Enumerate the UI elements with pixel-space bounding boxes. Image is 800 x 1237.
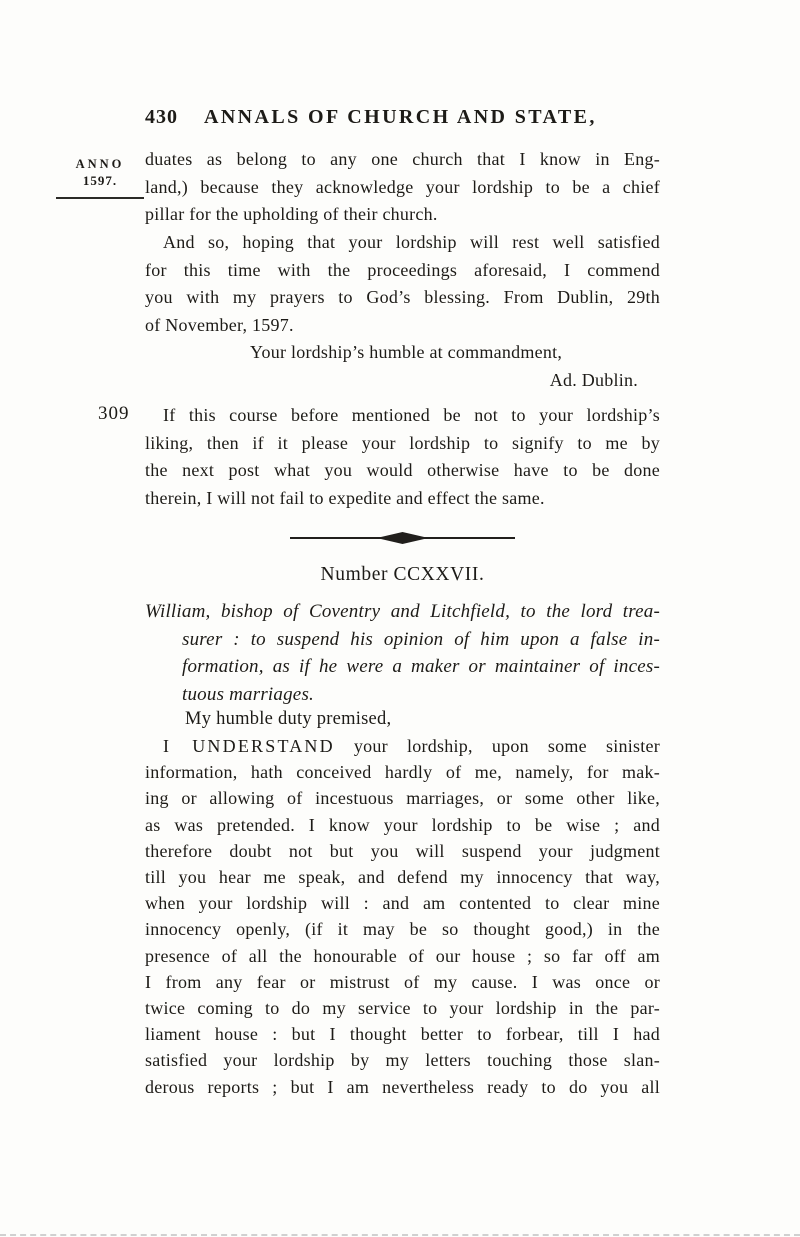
text-line: land,) because they acknowledge your lor…	[145, 174, 660, 202]
text-line: information, hath conceived hardly of me…	[145, 759, 660, 785]
postscript-paragraph: If this course before mentioned be not t…	[145, 402, 660, 512]
summary-line: tuous marriages.	[145, 681, 660, 709]
salutation-line: My humble duty premised,	[145, 706, 660, 734]
text-line: therein, I will not fail to expedite and…	[145, 485, 660, 513]
salutation-block: My humble duty premised,	[145, 706, 660, 734]
text-line: innocency openly, (if it may be so thoug…	[145, 916, 660, 942]
letter-summary: William, bishop of Coventry and Litchfie…	[145, 598, 660, 708]
text-line: satisfied your lordship by my letters to…	[145, 1047, 660, 1073]
document-number-309: 309	[98, 403, 130, 425]
text-line: pillar for the upholding of their church…	[145, 201, 660, 229]
scan-edge-artifact	[0, 1234, 800, 1236]
diamond-ornament-icon	[377, 532, 429, 544]
text-line: the next post what you would otherwise h…	[145, 457, 660, 485]
margin-note-year: 1597.	[56, 173, 144, 189]
text-line: liking, then if it please your lordship …	[145, 430, 660, 458]
text-line: derous reports ; but I am nevertheless r…	[145, 1074, 660, 1100]
text-line: therefore doubt not but you will suspend…	[145, 838, 660, 864]
text-line: I from any fear or mistrust of my cause.…	[145, 969, 660, 995]
text-line: you with my prayers to God’s blessing. F…	[145, 284, 660, 312]
opening-caps: I UNDERSTAND	[163, 736, 335, 756]
margin-note-anno: ANNO 1597.	[56, 157, 144, 189]
summary-line: formation, as if he were a maker or main…	[145, 653, 660, 681]
letter-body: I UNDERSTAND your lordship, upon some si…	[145, 733, 660, 1100]
signature-block: Your lordship’s humble at commandment, A…	[145, 339, 660, 394]
text-line: when your lordship will : and am content…	[145, 890, 660, 916]
text-line: duates as belong to any one church that …	[145, 146, 660, 174]
text-line: liament house : but I thought better to …	[145, 1021, 660, 1047]
signature-valediction: Your lordship’s humble at commandment,	[145, 339, 660, 367]
paragraph-closing: And so, hoping that your lordship will r…	[145, 229, 660, 339]
page-number: 430	[145, 106, 178, 129]
text-line: for this time with the proceedings afore…	[145, 257, 660, 285]
running-head: 430 ANNALS OF CHURCH AND STATE,	[145, 106, 660, 129]
signature-name: Ad. Dublin.	[145, 367, 660, 395]
text-line: And so, hoping that your lordship will r…	[145, 229, 660, 257]
opening-rest: your lordship, upon some sinister	[354, 736, 660, 756]
text-line: ing or allowing of incestuous marriages,…	[145, 785, 660, 811]
margin-note-rule	[56, 197, 144, 199]
page-title: ANNALS OF CHURCH AND STATE,	[204, 106, 597, 129]
book-page-scan: 430 ANNALS OF CHURCH AND STATE, ANNO 159…	[0, 0, 800, 1237]
section-divider	[290, 531, 515, 545]
text-line: twice coming to do my service to your lo…	[145, 995, 660, 1021]
summary-line: William, bishop of Coventry and Litchfie…	[145, 598, 660, 626]
margin-note-label: ANNO	[56, 157, 144, 172]
summary-line: surer : to suspend his opinion of him up…	[145, 626, 660, 654]
text-line: of November, 1597.	[145, 312, 660, 340]
section-heading: Number CCXXVII.	[145, 564, 660, 586]
text-line: presence of all the honourable of our ho…	[145, 943, 660, 969]
text-line: I UNDERSTAND your lordship, upon some si…	[145, 733, 660, 759]
text-line: till you hear me speak, and defend my in…	[145, 864, 660, 890]
paragraph-continuation: duates as belong to any one church that …	[145, 146, 660, 229]
text-line: as was pretended. I know your lordship t…	[145, 812, 660, 838]
text-line: If this course before mentioned be not t…	[145, 402, 660, 430]
